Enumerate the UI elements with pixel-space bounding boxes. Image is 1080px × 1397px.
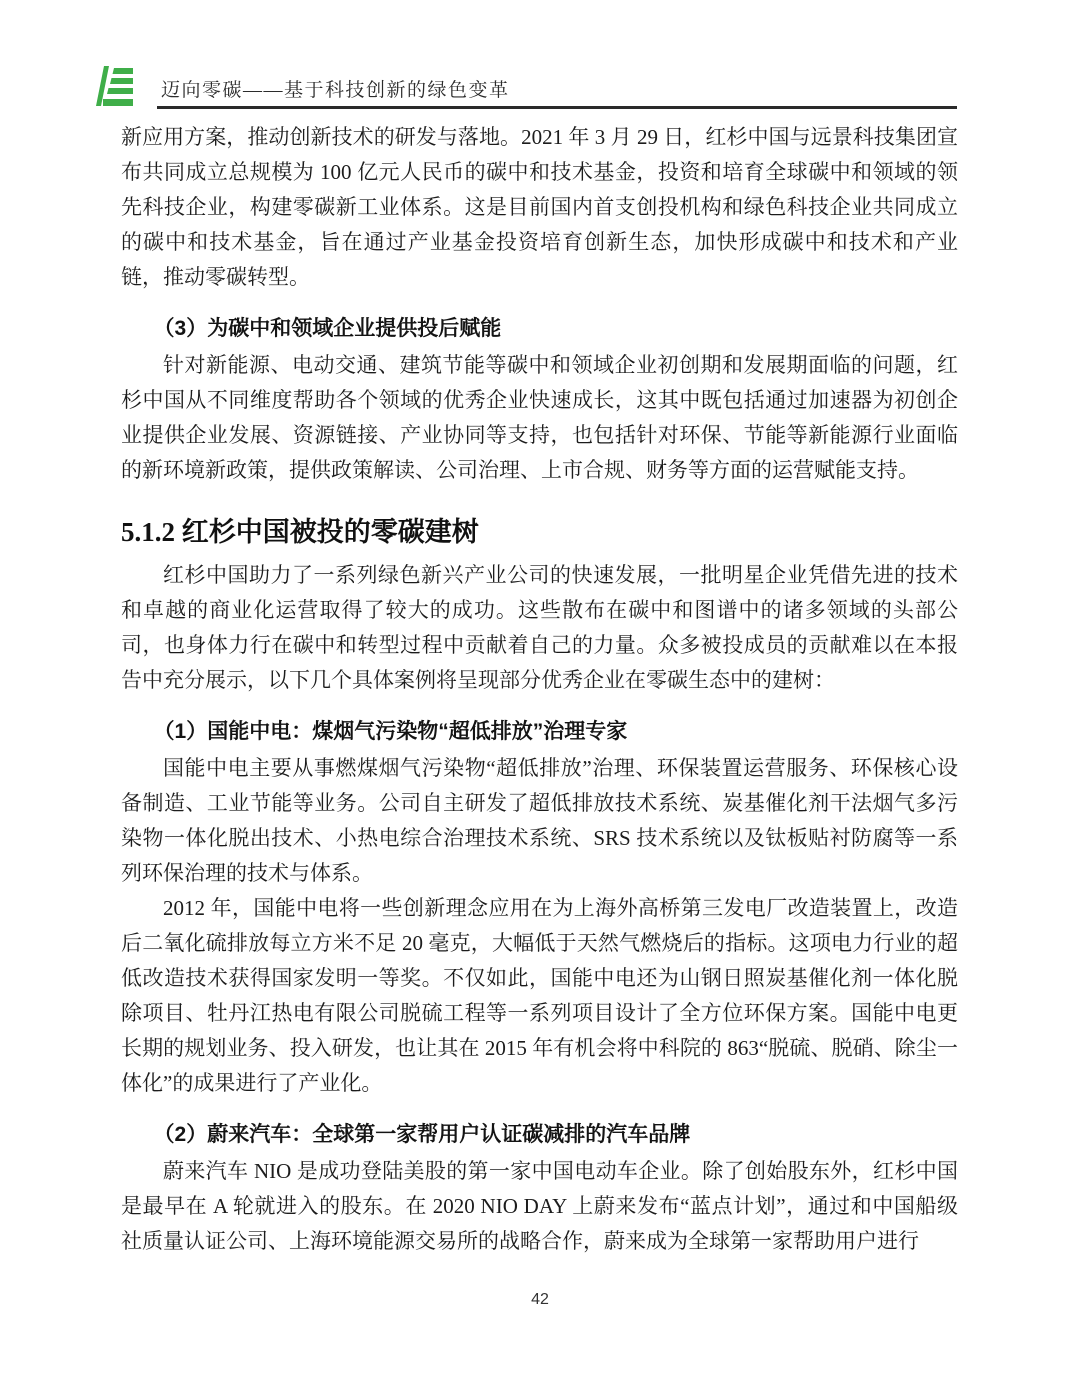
paragraph-case2-nio: 蔚来汽车 NIO 是成功登陆美股的第一家中国电动车企业。除了创始股东外，红杉中国… [121, 1154, 958, 1259]
running-header-title: 迈向零碳——基于科技创新的绿色变革 [161, 75, 510, 102]
section-heading-5-1-2: 5.1.2 红杉中国被投的零碳建树 [121, 513, 958, 551]
subheading-3-post-investment-enablement: （3）为碳中和领域企业提供投后赋能 [121, 314, 958, 343]
header-rule [157, 106, 957, 109]
page-footer: 42 [0, 1291, 1080, 1309]
paragraph-section-intro: 红杉中国助力了一系列绿色新兴产业公司的快速发展，一批明星企业凭借先进的技术和卓越… [121, 558, 958, 698]
document-page: 迈向零碳——基于科技创新的绿色变革 新应用方案，推动创新技术的研发与落地。202… [0, 0, 1080, 1397]
paragraph-case1-business: 国能中电主要从事燃煤烟气污染物“超低排放”治理、环保装置运营服务、环保核心设备制… [121, 751, 958, 891]
paragraph-case1-projects: 2012 年，国能中电将一些创新理念应用在为上海外高桥第三发电厂改造装置上，改造… [121, 891, 958, 1101]
page-number: 42 [531, 1291, 549, 1308]
striped-leaf-logo-icon [95, 65, 135, 107]
page-content: 新应用方案，推动创新技术的研发与落地。2021 年 3 月 29 日，红杉中国与… [121, 120, 958, 1259]
paragraph-continued: 新应用方案，推动创新技术的研发与落地。2021 年 3 月 29 日，红杉中国与… [121, 120, 958, 295]
paragraph-post-investment: 针对新能源、电动交通、建筑节能等碳中和领域企业初创期和发展期面临的问题，红杉中国… [121, 348, 958, 488]
subheading-1-guoneng-zhongdian: （1）国能中电：煤烟气污染物“超低排放”治理专家 [121, 717, 958, 746]
subheading-2-nio: （2）蔚来汽车：全球第一家帮用户认证碳减排的汽车品牌 [121, 1120, 958, 1149]
